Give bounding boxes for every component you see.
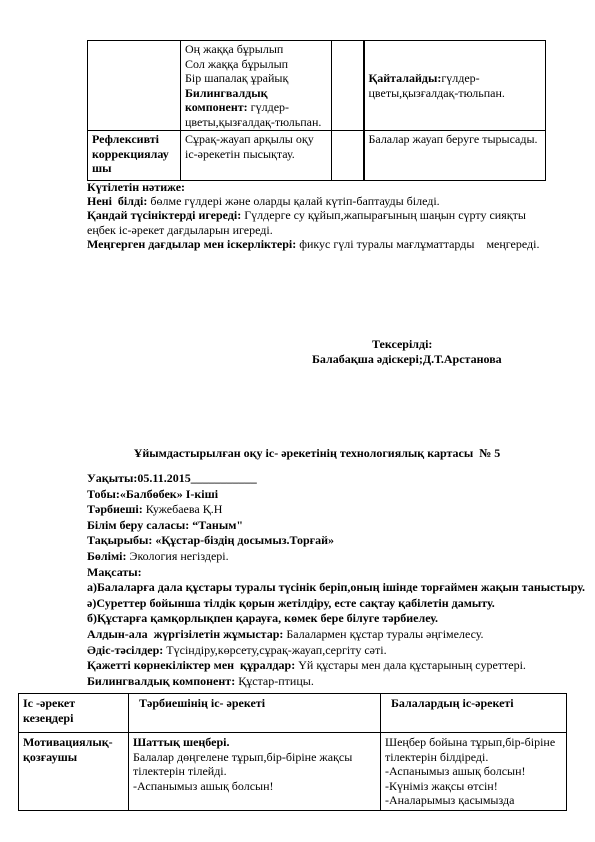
activity-line: Сол жаққа бұрылып — [185, 57, 327, 72]
info-line-teacher: Тәрбиеші: Кужебаева Қ.Н — [87, 502, 557, 518]
stage-cell-empty — [88, 41, 181, 131]
outcome-title: Күтілетін нәтиже: — [87, 180, 549, 194]
info-line-group: Тобы:«Балбөбек» І-кіші — [87, 487, 557, 503]
info-line-date: Уақыты:05.11.2015___________ — [87, 471, 557, 487]
spacer-cell — [332, 131, 364, 181]
teacher-activity-cell: Сұрақ-жауап арқылы оқу іс-әрекетін пысық… — [181, 131, 332, 181]
outcome-line: Қандай түсініктерді игереді: Гүлдерге су… — [87, 208, 549, 236]
children-activity-line: -Күніміз жақсы өтсін! — [385, 779, 562, 794]
outcome-label: Меңгерген дағдылар мен іскерліктері: — [87, 237, 296, 251]
goal-item-b: б)Құстарға қамқорлықпен қарауға, көмек б… — [87, 611, 557, 627]
children-activity-line: -Аналарымыз қасымызда — [385, 793, 562, 808]
header-teacher-activity: Тәрбиешінің іс- әрекеті — [129, 694, 381, 733]
goal-item-a: а)Балаларға дала құстары туралы түсінік … — [87, 580, 557, 596]
outcome-label: Нені білді: — [87, 194, 147, 208]
outcome-line: Нені білді: бөлме гүлдері және оларды қа… — [87, 194, 549, 208]
activity-line: Бір шапалақ ұрайық — [185, 71, 327, 86]
approval-block: Тексерілді: Балабақша әдіскері;Д.Т.Арста… — [312, 337, 502, 367]
expected-outcome-section: Күтілетін нәтиже: Нені білді: бөлме гүлд… — [87, 180, 549, 251]
outcome-line: Меңгерген дағдылар мен іскерліктері: фик… — [87, 237, 549, 251]
goal-item-ae: ә)Суреттер бойынша тілдік қорын жетілдір… — [87, 596, 557, 612]
info-line-preliminary-work: Алдын-ала жүргізілетін жұмыстар: Балалар… — [87, 627, 557, 643]
children-activity-cell: Балалар жауап беруге тырысады. — [364, 131, 546, 181]
lesson-info-section: Уақыты:05.11.2015___________ Тобы:«Балбө… — [87, 471, 557, 689]
children-activity-line: -Аспанымыз ашық болсын! — [385, 764, 562, 779]
outcome-text: бөлме гүлдері және оларды қалай күтіп-ба… — [147, 194, 439, 208]
info-line-topic: Тақырыбы: «Құстар-біздің досымыз.Торғай» — [87, 533, 557, 549]
teacher-activity-cell: Оң жаққа бұрылып Сол жаққа бұрылып Бір ш… — [181, 41, 332, 131]
info-line-materials: Қажетті көрнекіліктер мен құралдар: Үй қ… — [87, 658, 557, 674]
children-activity-cell: Шеңбер бойына тұрып,бір-біріне тілектері… — [381, 733, 567, 811]
info-line-goal: Мақсаты: — [87, 565, 557, 581]
lesson-map-title: Ұйымдастырылған оқу іс- әрекетінің техно… — [87, 446, 547, 461]
info-line-section: Бөлімі: Экология негіздері. — [87, 549, 557, 565]
info-line-bilingual: Билингвалдық компонент: Құстар-птицы. — [87, 674, 557, 690]
teacher-activity-title: Шаттық шеңбері. — [133, 735, 376, 750]
teacher-activity-line: -Аспанымыз ашық болсын! — [133, 779, 376, 794]
repeat-line: Қайталайды:гүлдер-цветы,қызғалдақ-тюльпа… — [369, 71, 542, 100]
stage-label: Мотивациялық-қозғаушы — [23, 735, 113, 764]
teacher-activity-line: Балалар дөңгелене тұрып,бір-біріне жақсы… — [133, 750, 376, 779]
activity-line: Оң жаққа бұрылып — [185, 42, 327, 57]
info-line-methods: Әдіс-тәсілдер: Түсіндіру,көрсету,сұрақ-ж… — [87, 643, 557, 659]
lesson-activity-table: Іс -әрекет кезеңдері Тәрбиешінің іс- әре… — [18, 693, 567, 811]
outcome-text: фикус гүлі туралы мағлұматтарды меңгеред… — [296, 237, 539, 251]
teacher-activity-cell: Шаттық шеңбері. Балалар дөңгелене тұрып,… — [129, 733, 381, 811]
info-line-education-area: Білім беру саласы: “Таным" — [87, 518, 557, 534]
children-activity-line: Шеңбер бойына тұрып,бір-біріне тілектері… — [385, 735, 562, 764]
bilingual-component: Билингвалдық компонент: гүлдер-цветы,қыз… — [185, 86, 327, 130]
previous-activity-table: Оң жаққа бұрылып Сол жаққа бұрылып Бір ш… — [87, 40, 546, 181]
methodist-name: Балабақша әдіскері;Д.Т.Арстанова — [312, 352, 502, 367]
children-activity-cell: Қайталайды:гүлдер-цветы,қызғалдақ-тюльпа… — [364, 41, 546, 131]
stage-cell: Мотивациялық-қозғаушы — [19, 733, 129, 811]
stage-cell: Рефлексивті коррекциялау шы — [88, 131, 181, 181]
document-page: Оң жаққа бұрылып Сол жаққа бұрылып Бір ш… — [0, 0, 595, 842]
stage-label: Рефлексивті коррекциялау шы — [92, 132, 169, 175]
checked-label: Тексерілді: — [312, 337, 502, 352]
header-stage: Іс -әрекет кезеңдері — [19, 694, 129, 733]
outcome-label: Қандай түсініктерді игереді: — [87, 208, 241, 222]
repeat-label: Қайталайды: — [369, 71, 442, 85]
header-children-activity: Балалардың іс-әрекеті — [381, 694, 567, 733]
spacer-cell — [332, 41, 364, 131]
